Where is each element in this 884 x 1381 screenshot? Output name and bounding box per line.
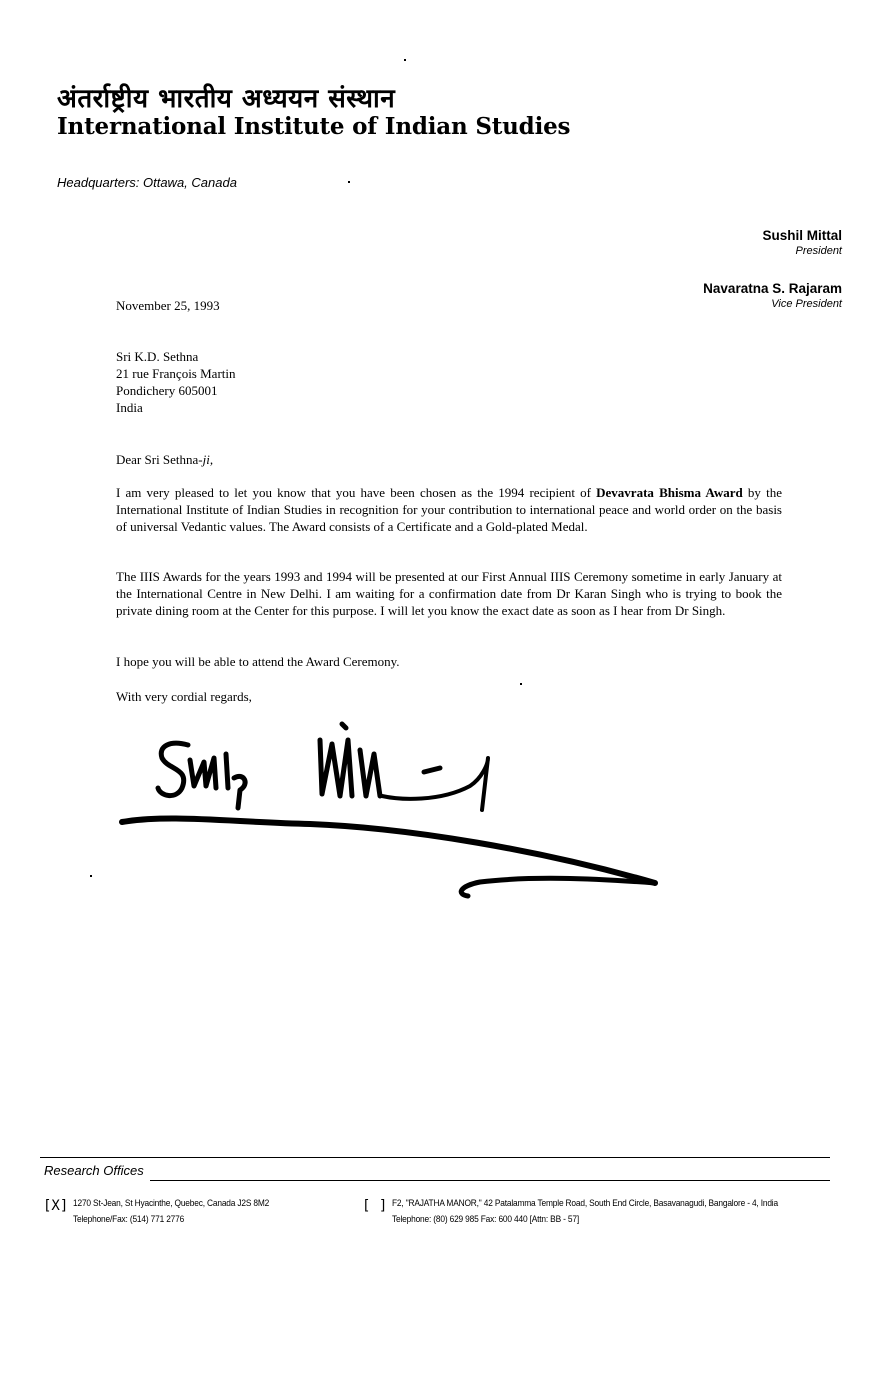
office-1-checkbox[interactable]: [X]	[43, 1198, 68, 1214]
office-2-checkbox[interactable]: [ ]	[362, 1198, 387, 1214]
scan-speck	[348, 181, 350, 183]
office-phone: Telephone/Fax: (514) 771 2776	[73, 1212, 269, 1228]
body-paragraph-2: The IIIS Awards for the years 1993 and 1…	[116, 568, 782, 619]
office-phone: Telephone: (80) 629 985 Fax: 600 440 [At…	[392, 1212, 778, 1228]
signature	[110, 710, 670, 900]
recipient-address: Sri K.D. Sethna 21 rue François Martin P…	[116, 348, 236, 416]
scan-speck	[404, 59, 406, 61]
officer-name: Sushil Mittal	[762, 228, 842, 244]
award-name: Devavrata Bhisma Award	[596, 485, 743, 500]
headquarters-label: Headquarters: Ottawa, Canada	[57, 175, 237, 190]
institute-name-hindi: अंतर्राष्ट्रीय भारतीय अध्ययन संस्थान	[57, 84, 395, 114]
paragraph-text: I am very pleased to let you know that y…	[116, 485, 596, 500]
officer-title: President	[762, 244, 842, 258]
address-line: India	[116, 399, 236, 416]
salutation-honorific: ji,	[203, 452, 213, 467]
scan-speck	[90, 875, 92, 877]
office-address: F2, "RAJATHA MANOR," 42 Patalamma Temple…	[392, 1196, 778, 1212]
address-line: 21 rue François Martin	[116, 365, 236, 382]
officer-title: Vice President	[703, 297, 842, 311]
office-1: 1270 St-Jean, St Hyacinthe, Quebec, Cana…	[73, 1196, 269, 1228]
address-line: Sri K.D. Sethna	[116, 348, 236, 365]
office-2: F2, "RAJATHA MANOR," 42 Patalamma Temple…	[392, 1196, 778, 1228]
research-offices-label: Research Offices	[44, 1163, 144, 1178]
officer-vice-president: Navaratna S. Rajaram Vice President	[703, 281, 842, 311]
officer-name: Navaratna S. Rajaram	[703, 281, 842, 297]
letter-date: November 25, 1993	[116, 297, 220, 314]
closing: With very cordial regards,	[116, 688, 252, 705]
footer-divider-top	[40, 1157, 830, 1158]
address-line: Pondichery 605001	[116, 382, 236, 399]
body-paragraph-1: I am very pleased to let you know that y…	[116, 484, 782, 535]
body-paragraph-3: I hope you will be able to attend the Aw…	[116, 653, 782, 670]
salutation: Dear Sri Sethna-ji,	[116, 451, 213, 468]
salutation-text: Dear Sri Sethna-	[116, 452, 203, 467]
officer-president: Sushil Mittal President	[762, 228, 842, 258]
office-address: 1270 St-Jean, St Hyacinthe, Quebec, Cana…	[73, 1196, 269, 1212]
footer-divider-bottom	[150, 1180, 830, 1181]
institute-name: International Institute of Indian Studie…	[57, 112, 570, 142]
scan-speck	[520, 683, 522, 685]
